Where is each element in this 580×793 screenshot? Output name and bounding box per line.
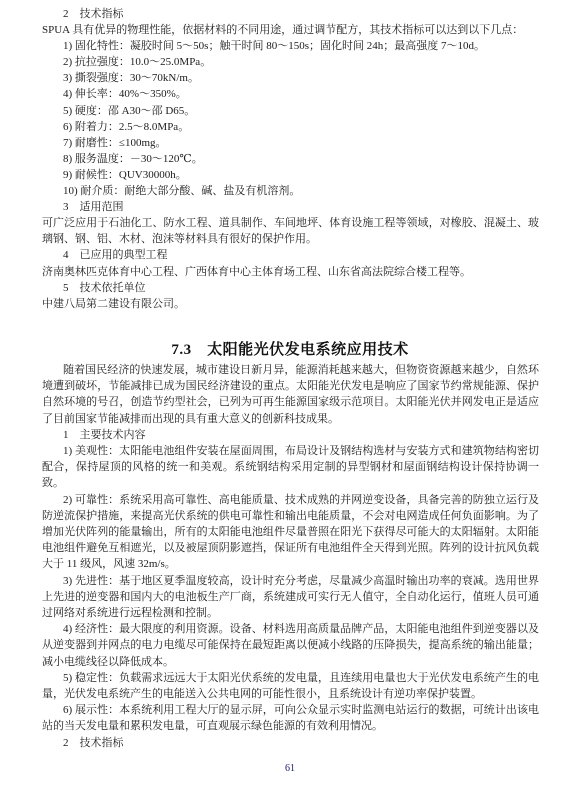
paragraph: 5) 硬度：邵 A30～邵 D65。 <box>42 103 539 119</box>
paragraph: 3) 先进性：基于地区夏季温度较高，设计时充分考虑，尽量减少高温时输出功率的衰减… <box>42 573 539 622</box>
paragraph: 2) 可靠性：系统采用高可靠性、高电能质量、技术成熟的并网逆变设备，具备完善的防… <box>42 492 539 573</box>
paragraph: 4) 经济性：最大限度的利用资源。设备、材料选用高质量品牌产品，太阳能电池组件到… <box>42 621 539 670</box>
paragraph: SPUA 具有优异的物理性能，依据材料的不同用途，通过调节配方，其技术指标可以达… <box>42 22 539 38</box>
paragraph: 2 技术指标 <box>42 6 539 22</box>
paragraph: 1) 固化特性：凝胶时间 5～50s；触干时间 80～150s；固化时间 24h… <box>42 38 539 54</box>
page-number: 61 <box>0 763 580 774</box>
paragraph: 5 技术依托单位 <box>42 280 539 296</box>
section-body: 随着国民经济的快速发展，城市建设日新月异，能源消耗越来越大，但物资资源越来越少，… <box>42 362 539 751</box>
paragraph: 6) 附着力：2.5～8.0MPa。 <box>42 119 539 135</box>
paragraph: 3) 撕裂强度：30～70kN/m。 <box>42 70 539 86</box>
paragraph: 9) 耐候性：QUV30000h。 <box>42 167 539 183</box>
paragraph: 2 技术指标 <box>42 735 539 751</box>
paragraph: 1 主要技术内容 <box>42 427 539 443</box>
paragraph: 2) 抗拉强度：10.0～25.0MPa。 <box>42 54 539 70</box>
paragraph: 8) 服务温度：－30～120℃。 <box>42 151 539 167</box>
paragraph: 3 适用范围 <box>42 199 539 215</box>
paragraph: 中建八局第二建设有限公司。 <box>42 296 539 312</box>
paragraph: 可广泛应用于石油化工、防水工程、道具制作、车间地坪、体育设施工程等领域，对橡胶、… <box>42 215 539 247</box>
paragraph: 6) 展示性：本系统利用工程大厅的显示屏，可向公众显示实时监测电站运行的数据，可… <box>42 702 539 734</box>
paragraph: 随着国民经济的快速发展，城市建设日新月异，能源消耗越来越大，但物资资源越来越少，… <box>42 362 539 427</box>
paragraph: 7) 耐磨性：≤100mg。 <box>42 135 539 151</box>
paragraph: 4 已应用的典型工程 <box>42 247 539 263</box>
top-text-block: 2 技术指标SPUA 具有优异的物理性能，依据材料的不同用途，通过调节配方，其技… <box>42 6 539 312</box>
paragraph: 1) 美观性：太阳能电池组件安装在屋面周围，布局设计及钢结构选材与安装方式和建筑… <box>42 443 539 492</box>
paragraph: 10) 耐介质：耐绝大部分酸、碱、盐及有机溶剂。 <box>42 183 539 199</box>
paragraph: 5) 稳定性：负载需求远远大于太阳光伏系统的发电量，且连续用电量也大于光伏发电系… <box>42 670 539 702</box>
section-heading: 7.3 太阳能光伏发电系统应用技术 <box>0 340 580 361</box>
document-page: 2 技术指标SPUA 具有优异的物理性能，依据材料的不同用途，通过调节配方，其技… <box>0 0 580 793</box>
paragraph: 4) 伸长率：40%～350%。 <box>42 86 539 102</box>
paragraph: 济南奥林匹克体育中心工程、广西体育中心主体育场工程、山东省高法院综合楼工程等。 <box>42 264 539 280</box>
